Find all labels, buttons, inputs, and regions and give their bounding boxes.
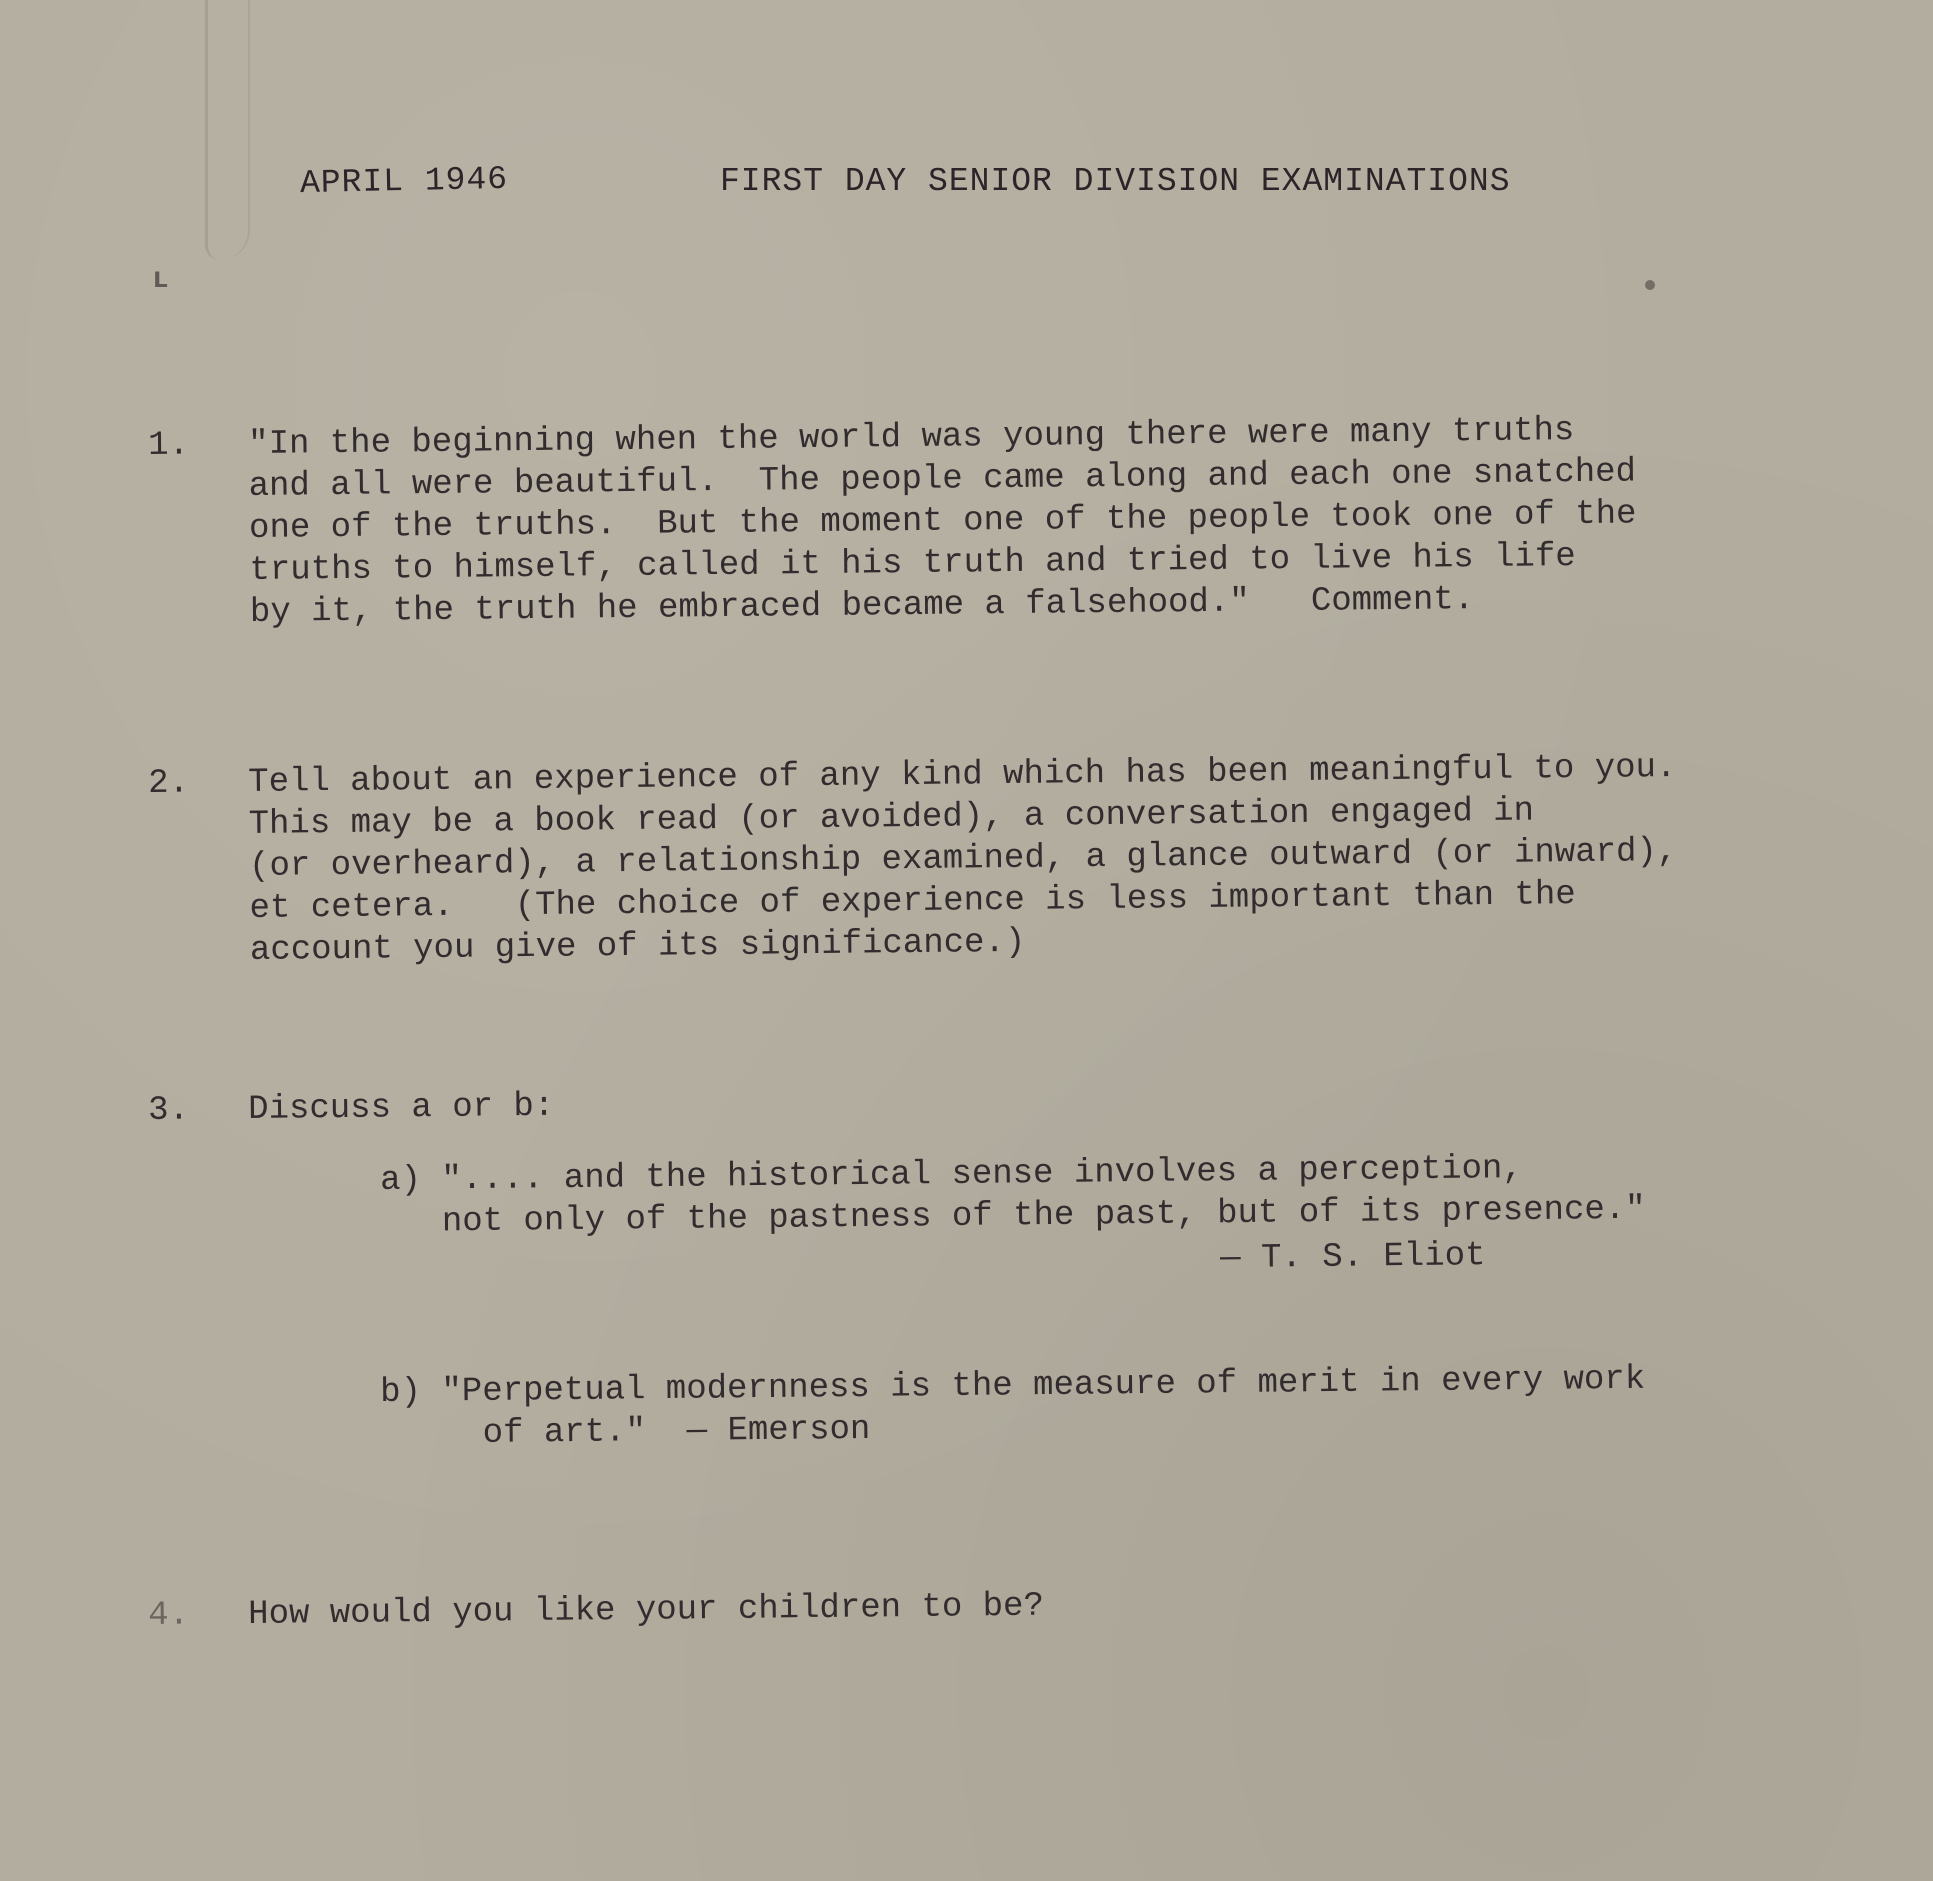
- question-number: 4.: [148, 1594, 218, 1637]
- question-3-option-b: b) "Perpetual modernness is the measure …: [380, 1359, 1646, 1456]
- question-3-option-a: a) ".... and the historical sense involv…: [380, 1147, 1646, 1244]
- exam-title: FIRST DAY SENIOR DIVISION EXAMINATIONS: [720, 163, 1511, 200]
- question-text: "In the beginning when the world was you…: [248, 409, 1638, 634]
- question-number: 1.: [148, 424, 218, 467]
- question-number: 3.: [148, 1089, 218, 1132]
- exam-page: ʟ APRIL 1946 FIRST DAY SENIOR DIVISION E…: [0, 0, 1933, 1881]
- exam-date: APRIL 1946: [300, 161, 509, 202]
- question-text: Discuss a or b:: [248, 1086, 554, 1131]
- paper-crease: [205, 0, 250, 260]
- question-text: Tell about an experience of any kind whi…: [248, 747, 1678, 972]
- ink-dot-mark: [1645, 280, 1655, 290]
- question-text: How would you like your children to be?: [248, 1586, 1044, 1636]
- option-a-attribution: — T. S. Eliot: [1220, 1235, 1486, 1280]
- ink-smudge-mark: ʟ: [152, 262, 188, 298]
- question-number: 2.: [148, 762, 218, 805]
